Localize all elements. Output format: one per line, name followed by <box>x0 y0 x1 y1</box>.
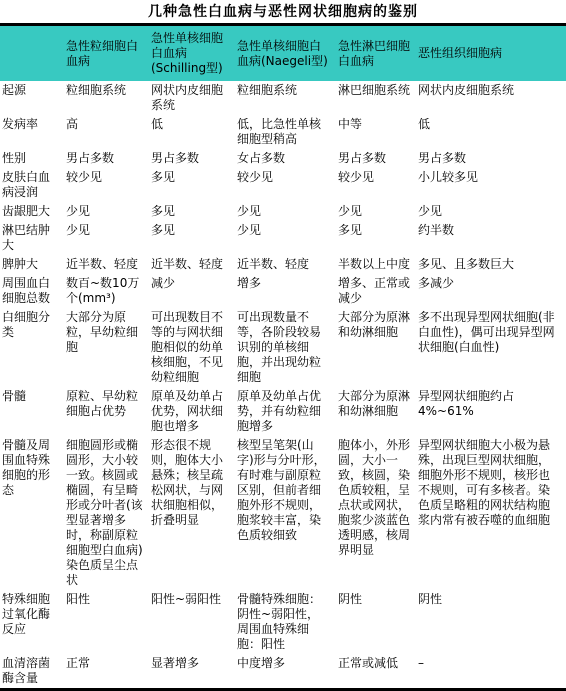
cell: 可出现数量不等，各阶段较易识别的单核细胞，并出现幼粒细胞 <box>235 308 336 387</box>
table-row-origin: 起源 粒细胞系统 网状内皮细胞系统 粒细胞系统 淋巴细胞系统 网状内皮细胞系统 <box>0 81 566 115</box>
row-label: 骨髓 <box>0 387 64 436</box>
cell: 少见 <box>64 221 149 255</box>
cell: 阴性 <box>416 590 566 654</box>
header-cell-lymphocytic: 急性淋巴细胞白血病 <box>336 25 416 82</box>
cell: 较少见 <box>64 168 149 202</box>
cell: 正常或减低 <box>336 654 416 690</box>
cell: 核型呈笔架(山字)形与分叶形，有时难与副原粒区别，但前者细胞外形不规则，胞浆较丰… <box>235 436 336 590</box>
cell: 多见 <box>336 221 416 255</box>
row-label: 血清溶菌酶含量 <box>0 654 64 690</box>
cell: 骨髓特殊细胞：阴性~弱阳性，周围血特殊细胞：阳性 <box>235 590 336 654</box>
header-row: 急性粒细胞白血病 急性单核细胞白血病 (Schilling型) 急性单核细胞白血… <box>0 25 566 82</box>
page-title: 几种急性白血病与恶性网状细胞病的鉴别 <box>0 0 566 23</box>
cell: 网状内皮细胞系统 <box>416 81 566 115</box>
table-row-skin-infiltration: 皮肤白血病浸润 较少见 多见 较少见 较少见 小儿较多见 <box>0 168 566 202</box>
row-label: 性别 <box>0 149 64 168</box>
cell: 减少 <box>149 274 235 308</box>
cell: 男占多数 <box>336 149 416 168</box>
cell: 男占多数 <box>416 149 566 168</box>
table-row-sex: 性别 男占多数 男占多数 女占多数 男占多数 男占多数 <box>0 149 566 168</box>
cell: 少见 <box>336 202 416 221</box>
table-row-peroxidase-reaction: 特殊细胞过氧化酶反应 阳性 阳性~弱阳性 骨髓特殊细胞：阴性~弱阳性，周围血特殊… <box>0 590 566 654</box>
cell: 少见 <box>416 202 566 221</box>
cell: 多见 <box>149 221 235 255</box>
cell: 近半数、轻度 <box>235 255 336 274</box>
table-row-splenomegaly: 脾肿大 近半数、轻度 近半数、轻度 近半数、轻度 半数以上中度 多见、且多数巨大 <box>0 255 566 274</box>
cell: 形态很不规则，胞体大小悬殊；核呈疏松网状，与网状细胞相似，折叠明显 <box>149 436 235 590</box>
cell: 约半数 <box>416 221 566 255</box>
cell: 多不出现异型网状细胞(非白血性)，偶可出现异型网状细胞(白血性) <box>416 308 566 387</box>
cell: 异型网状细胞约占4%~61% <box>416 387 566 436</box>
cell: 低，比急性单核细胞型稍高 <box>235 115 336 149</box>
cell: 阴性 <box>336 590 416 654</box>
row-label: 骨髓及周围血特殊细胞的形态 <box>0 436 64 590</box>
table-row-special-cell-morphology: 骨髓及周围血特殊细胞的形态 细胞圆形或椭圆形，大小较一致。核圆或椭圆，有呈畸形或… <box>0 436 566 590</box>
cell: 原粒、早幼粒细胞占优势 <box>64 387 149 436</box>
cell: 少见 <box>64 202 149 221</box>
cell: 增多 <box>235 274 336 308</box>
cell: 中度增多 <box>235 654 336 690</box>
page: 几种急性白血病与恶性网状细胞病的鉴别 急性粒细胞白血病 急性单核细胞白血病 (S… <box>0 0 566 691</box>
cell: 阳性 <box>64 590 149 654</box>
cell: 多见 <box>149 202 235 221</box>
cell: 粒细胞系统 <box>235 81 336 115</box>
row-label: 发病率 <box>0 115 64 149</box>
cell: 中等 <box>336 115 416 149</box>
cell: 大部分为原淋和幼淋细胞 <box>336 308 416 387</box>
cell: 细胞圆形或椭圆形，大小较一致。核圆或椭圆，有呈畸形或分叶者(该型显著增多时，称副… <box>64 436 149 590</box>
cell: 较少见 <box>336 168 416 202</box>
cell: 半数以上中度 <box>336 255 416 274</box>
cell: 显著增多 <box>149 654 235 690</box>
table-row-bone-marrow: 骨髓 原粒、早幼粒细胞占优势 原单及幼单占优势，网状细胞也增多 原单及幼单占优势… <box>0 387 566 436</box>
cell: 正常 <box>64 654 149 690</box>
cell: 少见 <box>235 221 336 255</box>
cell: 女占多数 <box>235 149 336 168</box>
row-label: 特殊细胞过氧化酶反应 <box>0 590 64 654</box>
cell: 多见、且多数巨大 <box>416 255 566 274</box>
cell: 近半数、轻度 <box>149 255 235 274</box>
header-cell-empty <box>0 25 64 82</box>
table-row-wbc-differential: 白细胞分类 大部分为原粒，早幼粒细胞 可出现数目不等的与网状细胞相似的幼单核细胞… <box>0 308 566 387</box>
cell: 可出现数目不等的与网状细胞相似的幼单核细胞，不见幼粒细胞 <box>149 308 235 387</box>
cell: 多见 <box>149 168 235 202</box>
header-cell-malignant-histiocytosis: 恶性组织细胞病 <box>416 25 566 82</box>
cell: 阳性~弱阳性 <box>149 590 235 654</box>
cell: 低 <box>149 115 235 149</box>
table-row-peripheral-wbc-count: 周围血白细胞总数 数百~数10万个(mm³) 减少 增多 增多、正常或减少 多减… <box>0 274 566 308</box>
cell: 多减少 <box>416 274 566 308</box>
header-cell-monocytic-naegeli: 急性单核细胞白血病(Naegeli型) <box>235 25 336 82</box>
cell: 较少见 <box>235 168 336 202</box>
cell: 淋巴细胞系统 <box>336 81 416 115</box>
row-label: 齿龈肥大 <box>0 202 64 221</box>
cell: 原单及幼单占优势，并有幼粒细胞增多 <box>235 387 336 436</box>
row-label: 起源 <box>0 81 64 115</box>
cell: 小儿较多见 <box>416 168 566 202</box>
cell: 原单及幼单占优势，网状细胞也增多 <box>149 387 235 436</box>
cell: 高 <box>64 115 149 149</box>
leukemia-comparison-table: 急性粒细胞白血病 急性单核细胞白血病 (Schilling型) 急性单核细胞白血… <box>0 23 566 691</box>
cell: 胞体小，外形圆，大小一致，核圆，染色质较粗，呈点状或网状，胞浆少淡蓝色透明感，核… <box>336 436 416 590</box>
cell: 近半数、轻度 <box>64 255 149 274</box>
row-label: 皮肤白血病浸润 <box>0 168 64 202</box>
cell: 增多、正常或减少 <box>336 274 416 308</box>
row-label: 淋巴结肿大 <box>0 221 64 255</box>
table-row-gingival-hypertrophy: 齿龈肥大 少见 多见 少见 少见 少见 <box>0 202 566 221</box>
table-row-incidence: 发病率 高 低 低，比急性单核细胞型稍高 中等 低 <box>0 115 566 149</box>
cell: 数百~数10万个(mm³) <box>64 274 149 308</box>
table-row-lymphadenopathy: 淋巴结肿大 少见 多见 少见 多见 约半数 <box>0 221 566 255</box>
header-cell-acute-granulocytic: 急性粒细胞白血病 <box>64 25 149 82</box>
cell: 大部分为原粒，早幼粒细胞 <box>64 308 149 387</box>
cell: 男占多数 <box>149 149 235 168</box>
row-label: 白细胞分类 <box>0 308 64 387</box>
cell: 低 <box>416 115 566 149</box>
cell: 男占多数 <box>64 149 149 168</box>
table-row-serum-lysozyme: 血清溶菌酶含量 正常 显著增多 中度增多 正常或减低 – <box>0 654 566 690</box>
cell: 大部分为原淋和幼淋细胞 <box>336 387 416 436</box>
cell: 少见 <box>235 202 336 221</box>
cell: 异型网状细胞大小极为悬殊，出现巨型网状细胞，细胞外形不规则，核形也不规则，可有多… <box>416 436 566 590</box>
row-label: 脾肿大 <box>0 255 64 274</box>
cell: 粒细胞系统 <box>64 81 149 115</box>
cell: 网状内皮细胞系统 <box>149 81 235 115</box>
row-label: 周围血白细胞总数 <box>0 274 64 308</box>
header-cell-monocytic-schilling: 急性单核细胞白血病 (Schilling型) <box>149 25 235 82</box>
cell: – <box>416 654 566 690</box>
